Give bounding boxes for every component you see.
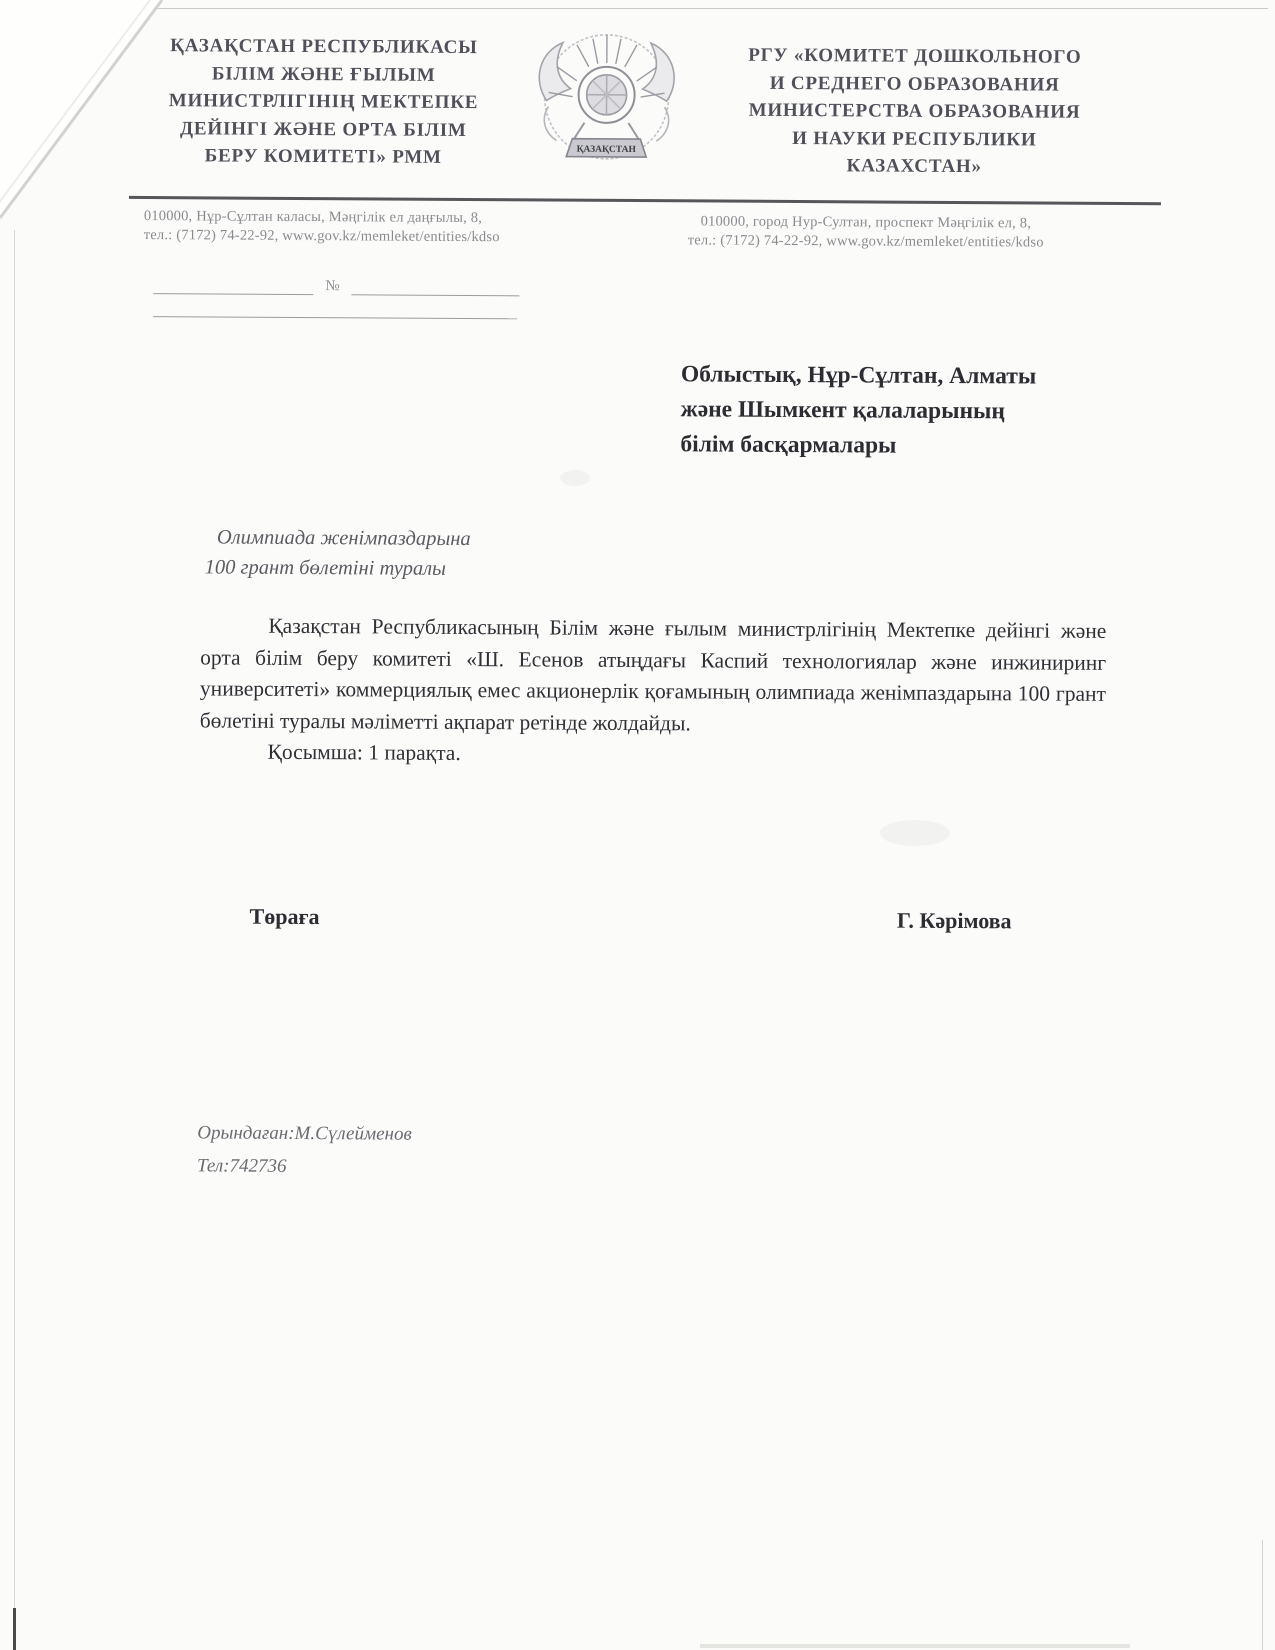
letterhead-russian-line: РГУ «КОМИТЕТ ДОШКОЛЬНОГО [698, 41, 1132, 71]
attachment-note: Қосымша: 1 парақта. [199, 736, 1105, 773]
reference-underline [153, 316, 517, 319]
address-kazakh-line: тел.: (7172) 74-22-92, www.gov.kz/memlek… [144, 226, 574, 247]
number-blank [352, 273, 520, 296]
executor-block: Орындаған:М.Сүлейменов Тел:742736 [197, 1116, 412, 1183]
recipient-line: Облыстық, Нұр-Сұлтан, Алматы [681, 357, 1091, 395]
letterhead-russian-line: И НАУКИ РЕСПУБЛИКИ [697, 124, 1131, 154]
subject-line: Олимпиада женімпаздарына [205, 522, 625, 555]
address-kazakh: 010000, Нұр-Сұлтан каласы, Мәңгілік ел д… [144, 207, 574, 247]
subject-block: Олимпиада женімпаздарына 100 грант бөлет… [205, 522, 625, 585]
letterhead-russian-line: И СРЕДНЕГО ОБРАЗОВАНИЯ [698, 69, 1132, 99]
executor-phone-line: Тел:742736 [197, 1149, 412, 1183]
signature-row: Төраға Г. Кәрімова [250, 904, 1012, 935]
subject-line: 100 грант бөлетіні туралы [205, 552, 625, 585]
letterhead-kazakh-line: БІЛІМ ЖӘНЕ ҒЫЛЫМ [128, 59, 520, 89]
letterhead-divider [129, 196, 1161, 205]
letterhead-kazakh-line: БЕРУ КОМИТЕТІ» РММ [127, 142, 519, 172]
signature-name: Г. Кәрімова [897, 908, 1012, 935]
emblem-banner-text: ҚАЗАҚСТАН [577, 145, 637, 155]
letterhead-kazakh-line: ҚАЗАҚСТАН РЕСПУБЛИКАСЫ [128, 32, 520, 62]
letterhead-kazakh-line: МИНИСТРЛІГІНІҢ МЕКТЕПКЕ [127, 87, 519, 117]
reference-number-line: № [153, 272, 533, 302]
address-russian: 010000, город Нур-Султан, проспект Мәңгі… [627, 212, 1105, 252]
recipient-line: және Шымкент қалаларының [681, 392, 1091, 430]
kazakhstan-coat-of-arms-icon: ҚАЗАҚСТАН [522, 22, 691, 175]
letterhead-kazakh-line: ДЕЙІНГІ ЖӘНЕ ОРТА БІЛІМ [127, 114, 519, 144]
letterhead-kazakh: ҚАЗАҚСТАН РЕСПУБЛИКАСЫ БІЛІМ ЖӘНЕ ҒЫЛЫМ … [127, 32, 520, 172]
letter-content: ҚАЗАҚСТАН РЕСПУБЛИКАСЫ БІЛІМ ЖӘНЕ ҒЫЛЫМ … [0, 0, 1275, 1650]
signature-title: Төраға [250, 904, 320, 930]
executor-name-line: Орындаған:М.Сүлейменов [197, 1116, 412, 1150]
body-paragraph: Қазақстан Республикасының Білім және ғыл… [200, 610, 1107, 742]
letter-body: Қазақстан Республикасының Білім және ғыл… [199, 610, 1106, 773]
number-sign: № [325, 278, 339, 294]
address-russian-line: тел.: (7172) 74-22-92, www.gov.kz/memlek… [627, 230, 1105, 251]
scanned-letter-page: ҚАЗАҚСТАН РЕСПУБЛИКАСЫ БІЛІМ ЖӘНЕ ҒЫЛЫМ … [0, 0, 1275, 1650]
date-blank [153, 272, 313, 295]
letterhead-russian-line: КАЗАХСТАН» [697, 151, 1131, 181]
address-kazakh-line: 010000, Нұр-Сұлтан каласы, Мәңгілік ел д… [144, 207, 574, 228]
letterhead-russian-line: МИНИСТЕРСТВА ОБРАЗОВАНИЯ [697, 96, 1131, 126]
letterhead-russian: РГУ «КОМИТЕТ ДОШКОЛЬНОГО И СРЕДНЕГО ОБРА… [697, 41, 1132, 181]
recipient-block: Облыстық, Нұр-Сұлтан, Алматы және Шымкен… [680, 357, 1091, 465]
recipient-line: білім басқармалары [680, 427, 1090, 465]
